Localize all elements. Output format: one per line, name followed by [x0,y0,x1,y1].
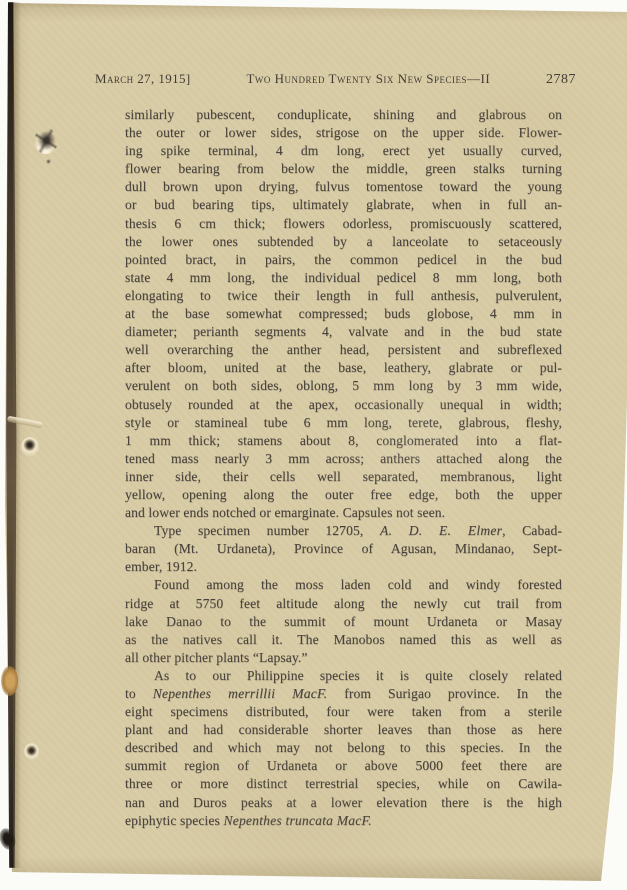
text-line: the lower ones subtended by a lanceolate… [125,233,562,251]
text-line: at the base somewhat compressed; buds gl… [125,305,562,323]
text-line: plant and had considerable shorter leave… [125,721,562,739]
text-line: ing spike terminal, 4 dm long, erect yet… [125,142,562,160]
text-line: thesis 6 cm thick; flowers odorless, pro… [125,215,562,233]
text-line: obtusely rounded at the apex, occasional… [125,396,562,414]
text-line: well overarching the anther head, persis… [125,341,562,359]
text-line: the outer or lower sides, strigose on th… [125,124,562,142]
text-line: inner side, their cells well separated, … [125,468,562,486]
text-line: summit region of Urdaneta or above 5000 … [125,757,562,775]
text-line: verulent on both sides, oblong, 5 mm lon… [125,377,562,395]
text-line: described and which may not belong to th… [125,739,562,757]
text-line: tened mass nearly 3 mm across; anthers a… [125,450,562,468]
text-line: dull brown upon drying, fulvus tomentose… [125,178,562,196]
text-line: yellow, opening along the outer free edg… [125,486,562,504]
text-line: ember, 1912. [125,558,562,576]
text-line: 1 mm thick; stamens about 8, conglomerat… [125,432,562,450]
text-line: Type specimen number 12705, A. D. E. Elm… [125,522,562,540]
text-line: ridge at 5750 feet altitude along the ne… [125,595,562,613]
text-line: As to our Philippine species it is quite… [125,667,562,685]
italic-text: Nepenthes truncata MacF. [223,813,371,828]
header-page-number: 2787 [546,72,576,88]
text-line: pointed bract, in pairs, the common pedi… [125,251,562,269]
text-line: epiphytic species Nepenthes truncata Mac… [125,812,562,830]
header-title: Two Hundred Twenty Six New Species—II [191,71,546,87]
text-line: after bloom, united at the base, leather… [125,359,562,377]
text-line: lake Danao to the summit of mount Urdane… [125,613,562,631]
text-line: similarly pubescent, conduplicate, shini… [125,106,562,124]
binding-edge-soft-shadow [13,2,22,868]
text-line: elongating to twice their length in full… [125,287,562,305]
paragraph: similarly pubescent, conduplicate, shini… [125,106,562,522]
text-line: as the natives call it. The Manobos name… [125,631,562,649]
running-header: March 27, 1915] Two Hundred Twenty Six N… [95,71,576,88]
text-line: nan and Duros peaks at a lower elevation… [125,794,562,812]
text-line: flower bearing from below the middle, gr… [125,160,562,178]
book-page: March 27, 1915] Two Hundred Twenty Six N… [0,0,627,890]
text-line: eight specimens distributed, four were t… [125,703,562,721]
header-date: March 27, 1915] [95,71,191,87]
italic-text: Nepenthes merrillii MacF. [153,686,328,701]
paragraph: Type specimen number 12705, A. D. E. Elm… [125,522,562,576]
text-line: and lower ends notched or emarginate. Ca… [125,504,562,522]
paragraph: As to our Philippine species it is quite… [125,667,562,830]
text-line: state 4 mm long, the individual pedicel … [125,269,562,287]
scan-background: March 27, 1915] Two Hundred Twenty Six N… [0,0,627,890]
text-line: baran (Mt. Urdaneta), Province of Agusan… [125,540,562,558]
text-line: or bud bearing tips, ultimately glabrate… [125,196,562,214]
text-line: style or stamineal tube 6 mm long, teret… [125,414,562,432]
text-line: Found among the moss laden cold and wind… [125,576,562,594]
text-line: all other pitcher plants “Lapsay.” [125,649,562,667]
text-line: to Nepenthes merrillii MacF. from Suriga… [125,685,562,703]
text-line: diameter; perianth segments 4, valvate a… [125,323,562,341]
text-line: three or more distinct terrestrial speci… [125,775,562,793]
article-body: similarly pubescent, conduplicate, shini… [125,106,562,830]
paragraph: Found among the moss laden cold and wind… [125,576,562,666]
italic-text: A. D. E. Elmer [380,523,502,538]
